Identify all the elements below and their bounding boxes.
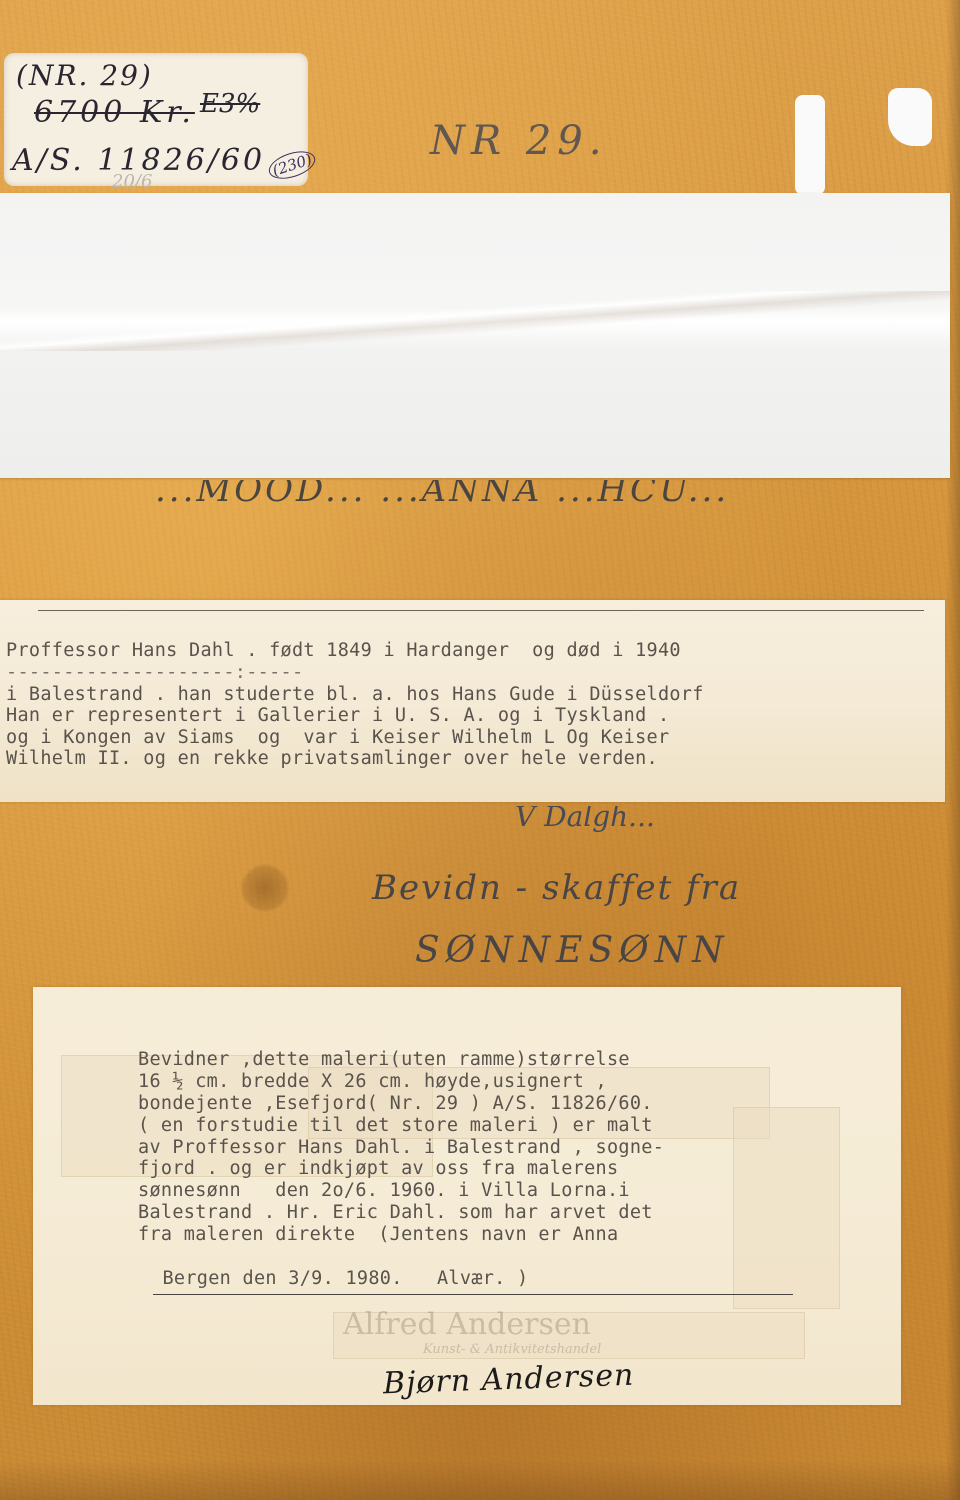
note2-line: fra maleren direkte (Jentens navn er Ann…: [138, 1224, 618, 1246]
note2-line: Bergen den 3/9. 1980. Alvær. ): [151, 1268, 528, 1290]
label-number: (NR. 29): [16, 59, 153, 92]
note1-line: og i Kongen av Siams og var i Keiser Wil…: [6, 727, 669, 748]
pencil-number: NR 29.: [430, 118, 607, 164]
note2-line: av Proffessor Hans Dahl. i Balestrand , …: [138, 1137, 664, 1159]
typed-certificate-note: Bevidner ,dette maleri(uten ramme)større…: [33, 987, 901, 1405]
note1-line: Proffessor Hans Dahl . født 1849 i Harda…: [6, 640, 681, 661]
note2-line: Bevidner ,dette maleri(uten ramme)større…: [138, 1049, 630, 1071]
pencil-note-line: SØNNESØNN: [415, 930, 730, 971]
stain-mark: [240, 864, 290, 912]
label-faint-date: 20/6: [112, 171, 152, 192]
note1-line: --------------------:-----: [6, 662, 303, 683]
board-edge-bottom: [0, 1460, 960, 1500]
signature: Bjørn Andersen: [382, 1358, 634, 1402]
note2-line: Balestrand . Hr. Eric Dahl. som har arve…: [138, 1202, 653, 1224]
typed-rule: [38, 610, 924, 611]
dealer-stamp-subtitle: Kunst- & Antikvitetshandel: [423, 1342, 601, 1357]
note1-line: Han er representert i Gallerier i U. S. …: [6, 705, 669, 726]
note2-line: fjord . og er indkjøpt av oss fra malere…: [138, 1158, 618, 1180]
dealer-stamp-faded: Alfred Andersen: [343, 1307, 591, 1342]
label-price-struck: 6700 Kr.: [34, 95, 195, 130]
note2-line: sønnesønn den 2o/6. 1960. i Villa Lorna.…: [138, 1180, 630, 1202]
tape-scrap: [795, 95, 825, 195]
tape-patch: [733, 1107, 840, 1309]
white-paper-band: [0, 193, 950, 478]
note1-line: Wilhelm II. og en rekke privatsamlinger …: [6, 748, 658, 769]
note1-line: i Balestrand . han studerte bl. a. hos H…: [6, 684, 704, 705]
handwritten-label: (NR. 29) 6700 Kr. E3% A/S. 11826/60 (230…: [4, 53, 308, 186]
note2-underline: [153, 1294, 793, 1295]
note2-line: ( en forstudie til det store maleri ) er…: [138, 1115, 653, 1137]
note2-line: bondejente ,Esefjord( Nr. 29 ) A/S. 1182…: [138, 1093, 653, 1115]
tape-scrap: [888, 88, 932, 146]
note2-line: 16 ½ cm. bredde X 26 cm. høyde,usignert …: [138, 1071, 607, 1093]
pencil-note-line: Bevidn - skaffet fra: [372, 868, 741, 908]
typed-biography-note: Proffessor Hans Dahl . født 1849 i Harda…: [0, 600, 945, 802]
paper-crease: [0, 291, 950, 351]
label-code-struck: E3%: [200, 89, 260, 119]
